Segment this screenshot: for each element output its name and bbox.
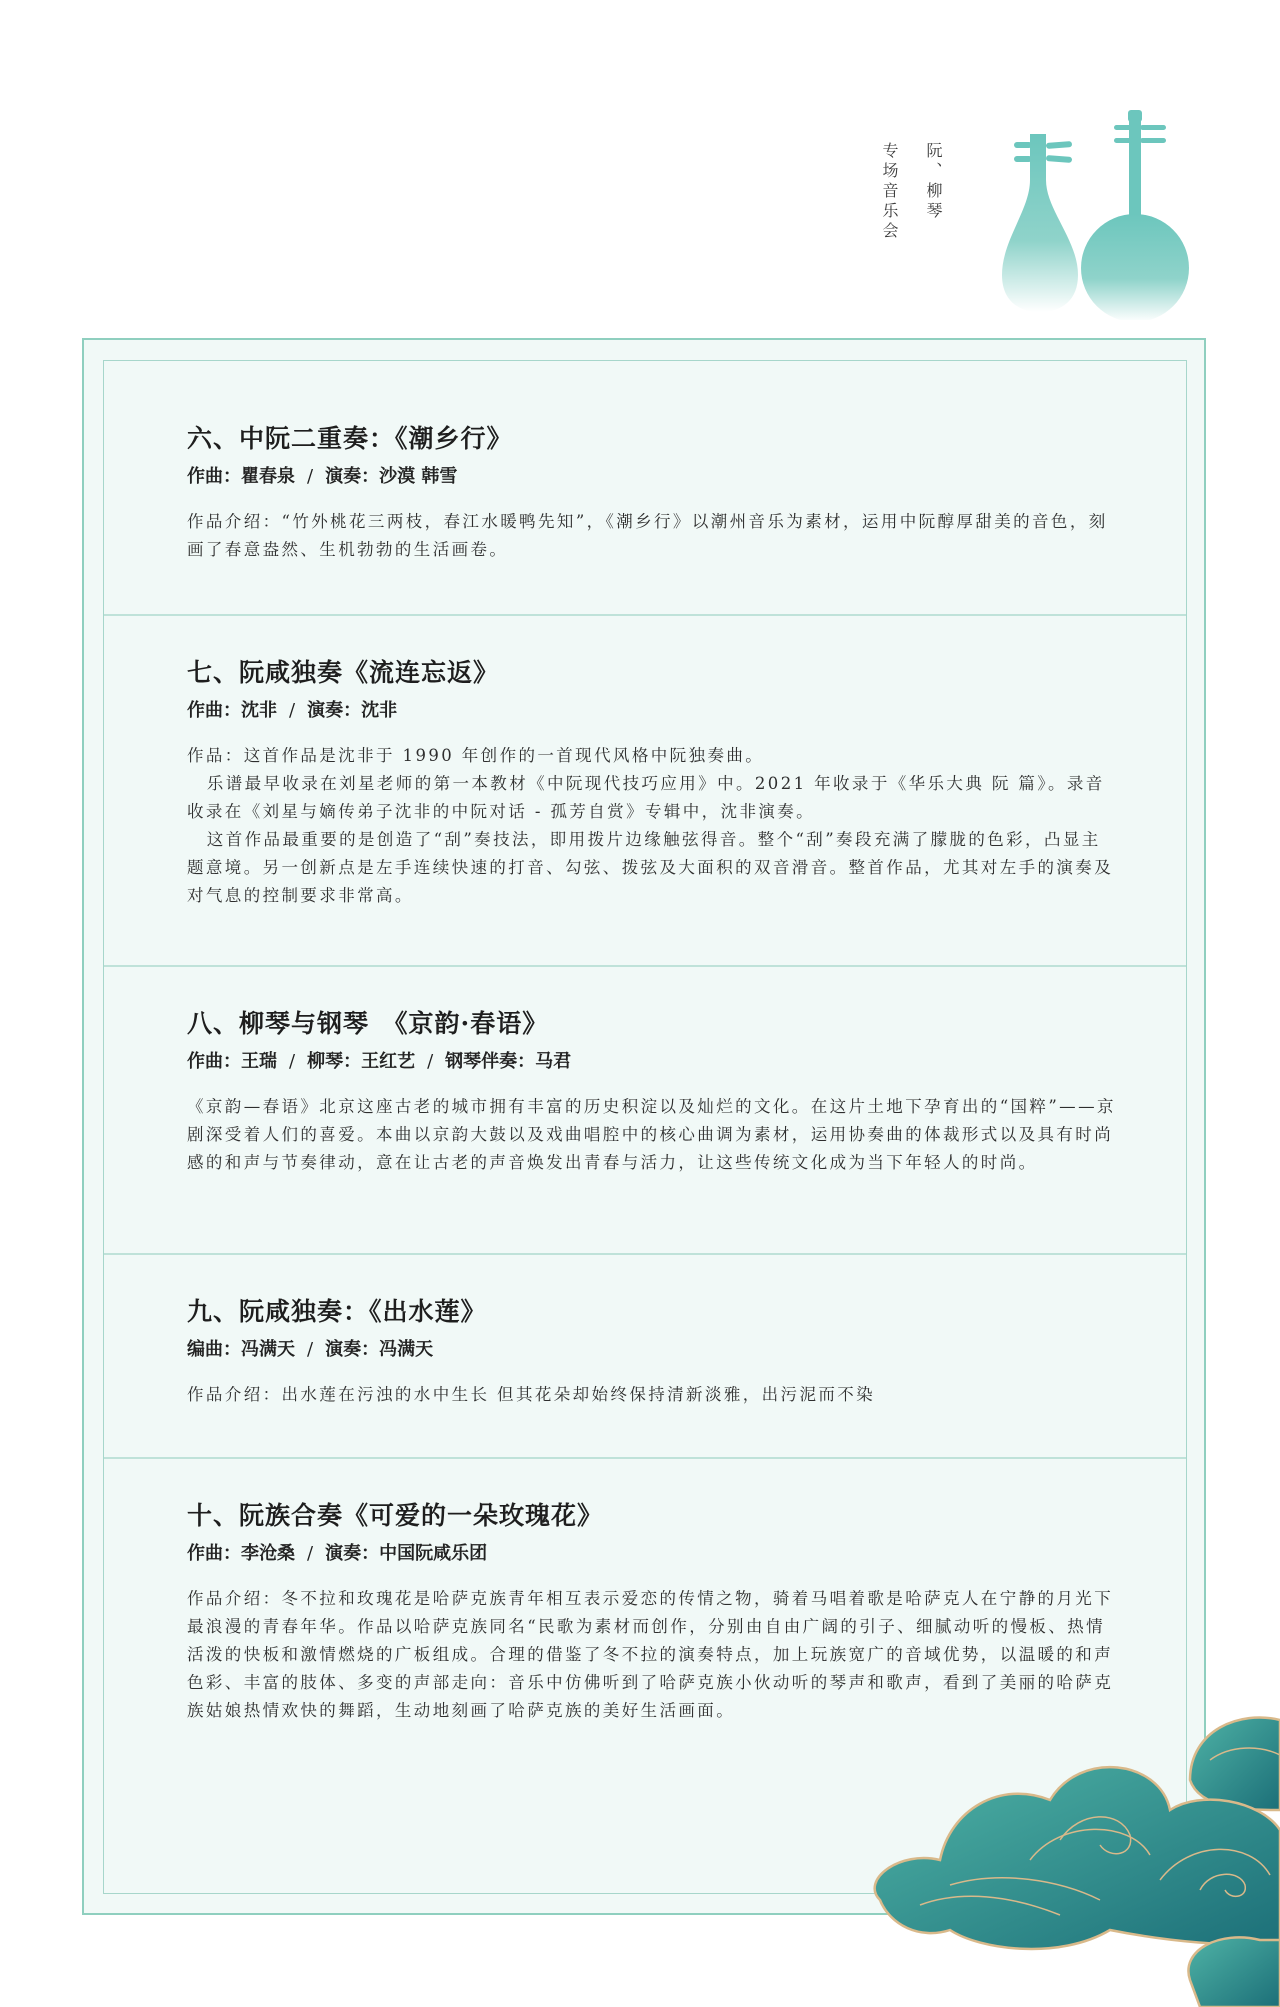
- instruments-illustration: [1000, 100, 1220, 320]
- credit-label: 作曲：: [187, 466, 241, 487]
- credit-label: 柳琴：: [307, 1051, 361, 1072]
- program-credits: 作曲：王瑞/柳琴：王红艺/钢琴伴奏：马君: [187, 1049, 1116, 1075]
- description-paragraph: 乐谱最早收录在刘星老师的第一本教材《中阮现代技巧应用》中。2021 年收录于《华…: [187, 770, 1116, 826]
- credit-value: 瞿春泉: [241, 466, 295, 487]
- program-item-6: 六、中阮二重奏：《潮乡行》 作曲：瞿春泉/演奏：沙漠 韩雪 作品介绍：“竹外桃花…: [104, 360, 1186, 616]
- credit-label: 作曲：: [187, 1051, 241, 1072]
- program-credits: 作曲：沈非/演奏：沈非: [187, 698, 1116, 724]
- credit-label: 钢琴伴奏：: [445, 1051, 535, 1072]
- credit-value: 冯满天: [379, 1339, 433, 1360]
- credit-value: 沈非: [361, 700, 397, 721]
- credit-label: 作曲：: [187, 1543, 241, 1564]
- program-credits: 编曲：冯满天/演奏：冯满天: [187, 1337, 1116, 1363]
- program-title: 六、中阮二重奏：《潮乡行》: [187, 422, 1116, 456]
- credit-label: 演奏：: [307, 700, 361, 721]
- credit-value: 沈非: [241, 700, 277, 721]
- program-credits: 作曲：李沧桑/演奏：中国阮咸乐团: [187, 1541, 1116, 1567]
- credit-value: 王红艺: [361, 1051, 415, 1072]
- credit-label: 演奏：: [325, 466, 379, 487]
- credit-label: 演奏：: [325, 1339, 379, 1360]
- description-paragraph: 作品：这首作品是沈非于 1990 年创作的一首现代风格中阮独奏曲。: [187, 742, 1116, 770]
- program-description: 作品介绍：出水莲在污浊的水中生长 但其花朵却始终保持清新淡雅，出污泥而不染: [187, 1381, 1116, 1409]
- credit-label: 编曲：: [187, 1339, 241, 1360]
- description-paragraph: 作品介绍：出水莲在污浊的水中生长 但其花朵却始终保持清新淡雅，出污泥而不染: [187, 1381, 1116, 1409]
- description-paragraph: 《京韵—春语》北京这座古老的城市拥有丰富的历史积淀以及灿烂的文化。在这片土地下孕…: [187, 1093, 1116, 1177]
- program-credits: 作曲：瞿春泉/演奏：沙漠 韩雪: [187, 464, 1116, 490]
- credit-value: 冯满天: [241, 1339, 295, 1360]
- program-item-8: 八、柳琴与钢琴 《京韵·春语》 作曲：王瑞/柳琴：王红艺/钢琴伴奏：马君 《京韵…: [104, 967, 1186, 1255]
- description-paragraph: 作品介绍：“竹外桃花三两枝，春江水暖鸭先知”，《潮乡行》以潮州音乐为素材，运用中…: [187, 508, 1116, 564]
- program-title: 九、阮咸独奏：《出水莲》: [187, 1295, 1116, 1329]
- program-title: 八、柳琴与钢琴 《京韵·春语》: [187, 1007, 1116, 1041]
- concert-title-line1: 阮、柳琴: [922, 142, 945, 222]
- concert-title-line2: 专场音乐会: [878, 142, 901, 242]
- program-item-9: 九、阮咸独奏：《出水莲》 编曲：冯满天/演奏：冯满天 作品介绍：出水莲在污浊的水…: [104, 1255, 1186, 1459]
- ruan-icon: [1081, 110, 1189, 320]
- credit-value: 王瑞: [241, 1051, 277, 1072]
- credit-value: 中国阮咸乐团: [379, 1543, 487, 1564]
- credit-value: 马君: [535, 1051, 571, 1072]
- program-description: 作品：这首作品是沈非于 1990 年创作的一首现代风格中阮独奏曲。 乐谱最早收录…: [187, 742, 1116, 910]
- credit-label: 作曲：: [187, 700, 241, 721]
- description-paragraph: 这首作品最重要的是创造了“刮”奏技法，即用拨片边缘触弦得音。整个“刮”奏段充满了…: [187, 826, 1116, 910]
- auspicious-cloud-icon: [860, 1690, 1280, 2007]
- program-item-7: 七、阮咸独奏《流连忘返》 作曲：沈非/演奏：沈非 作品：这首作品是沈非于 199…: [104, 616, 1186, 967]
- program-title: 十、阮族合奏《可爱的一朵玫瑰花》: [187, 1499, 1116, 1533]
- credit-value: 李沧桑: [241, 1543, 295, 1564]
- credit-value: 沙漠 韩雪: [379, 466, 457, 487]
- program-description: 《京韵—春语》北京这座古老的城市拥有丰富的历史积淀以及灿烂的文化。在这片土地下孕…: [187, 1093, 1116, 1177]
- liuqin-icon: [1002, 134, 1078, 312]
- program-description: 作品介绍：“竹外桃花三两枝，春江水暖鸭先知”，《潮乡行》以潮州音乐为素材，运用中…: [187, 508, 1116, 564]
- credit-label: 演奏：: [325, 1543, 379, 1564]
- program-title: 七、阮咸独奏《流连忘返》: [187, 656, 1116, 690]
